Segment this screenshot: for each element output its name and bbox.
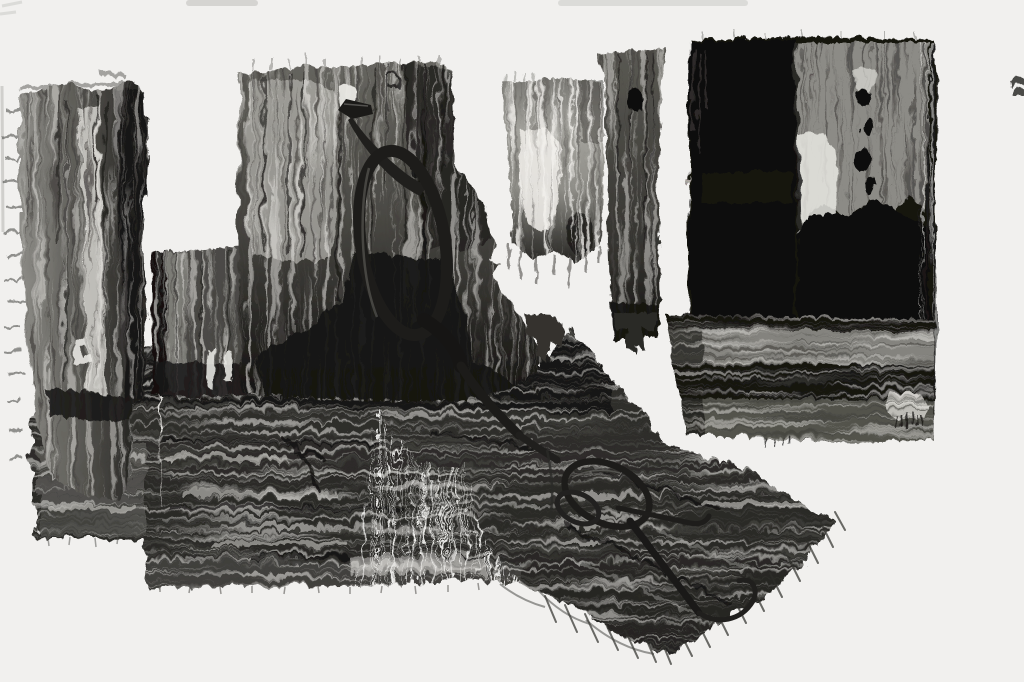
beam-light-grain <box>662 312 932 440</box>
bristle-bright-band <box>349 553 485 573</box>
left-edge-smudge <box>2 86 3 232</box>
top-smudge-left <box>186 0 258 6</box>
print-canvas <box>0 0 1024 682</box>
dark-mound <box>795 200 928 332</box>
side-strip-dark-grain <box>502 76 602 262</box>
emulsion-print-photograph <box>0 0 1024 682</box>
top-smudge-center <box>558 0 748 6</box>
jamb-wormhole-4 <box>863 175 875 193</box>
opening-faint-band-1 <box>700 170 790 200</box>
doorway-panel <box>662 27 936 446</box>
jamb-wormhole-1 <box>855 86 869 104</box>
opening-faint-band-2 <box>695 230 788 258</box>
beam-group <box>662 312 932 440</box>
jamb-wormhole-3 <box>852 148 868 168</box>
tapered-post-knot <box>627 88 641 112</box>
jamb-wormhole-2 <box>861 115 873 137</box>
